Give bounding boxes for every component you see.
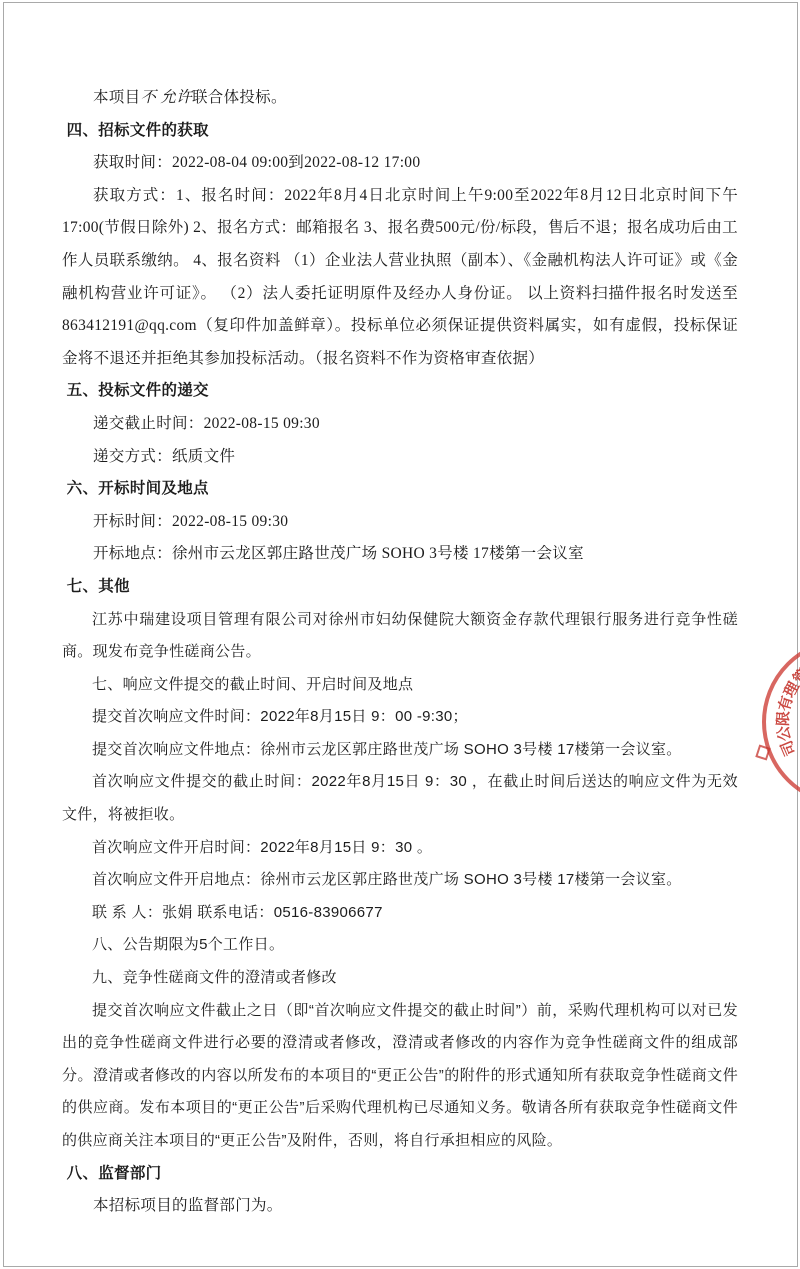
- paragraph: 九、竞争性磋商文件的澄清或者修改: [62, 962, 738, 995]
- paragraph: 获取时间：2022-08-04 09:00到2022-08-12 17:00: [62, 147, 738, 180]
- paragraph: 开标时间：2022-08-15 09:30: [62, 506, 738, 539]
- text-run: 本项目: [93, 89, 140, 106]
- paragraph: 提交首次响应文件时间：2022年8月15日 9：00 -9:30；: [62, 701, 738, 734]
- tender-announcement-page: 本项目不 允许联合体投标。四、招标文件的获取获取时间：2022-08-04 09…: [0, 0, 800, 1269]
- section-heading: 五、投标文件的递交: [62, 375, 738, 408]
- paragraph: 获取方式：1、报名时间：2022年8月4日北京时间上午9:00至2022年8月1…: [62, 180, 738, 376]
- paragraph: 本招标项目的监督部门为。: [62, 1190, 738, 1223]
- paragraph: 提交首次响应文件地点：徐州市云龙区郭庄路世茂广场 SOHO 3号楼 17楼第一会…: [62, 734, 738, 767]
- paragraph: 首次响应文件开启时间：2022年8月15日 9：30 。: [62, 832, 738, 865]
- section-heading: 六、开标时间及地点: [62, 473, 738, 506]
- paragraph: 首次响应文件提交的截止时间：2022年8月15日 9：30 ，在截止时间后送达的…: [62, 766, 738, 831]
- text-run: 联合体投标。: [192, 89, 287, 106]
- paragraph: 八、公告期限为5个工作日。: [62, 929, 738, 962]
- paragraph: 本项目不 允许联合体投标。: [62, 82, 738, 115]
- section-heading: 八、监督部门: [62, 1158, 738, 1191]
- paragraph: 联 系 人：张娟 联系电话：0516-83906677: [62, 897, 738, 930]
- paragraph: 开标地点：徐州市云龙区郭庄路世茂广场 SOHO 3号楼 17楼第一会议室: [62, 538, 738, 571]
- doc-content: 本项目不 允许联合体投标。四、招标文件的获取获取时间：2022-08-04 09…: [62, 82, 738, 1223]
- section-heading: 四、招标文件的获取: [62, 115, 738, 148]
- paragraph: 递交截止时间：2022-08-15 09:30: [62, 408, 738, 441]
- paragraph: 江苏中瑞建设项目管理有限公司对徐州市妇幼保健院大额资金存款代理银行服务进行竞争性…: [62, 604, 738, 669]
- emphasis-italic: 不 允许: [140, 89, 192, 106]
- paragraph: 递交方式：纸质文件: [62, 441, 738, 474]
- paragraph: 首次响应文件开启地点：徐州市云龙区郭庄路世茂广场 SOHO 3号楼 17楼第一会…: [62, 864, 738, 897]
- paragraph: 七、响应文件提交的截止时间、开启时间及地点: [62, 669, 738, 702]
- paragraph: 提交首次响应文件截止之日（即“首次响应文件提交的截止时间”）前，采购代理机构可以…: [62, 995, 738, 1158]
- section-heading: 七、其他: [62, 571, 738, 604]
